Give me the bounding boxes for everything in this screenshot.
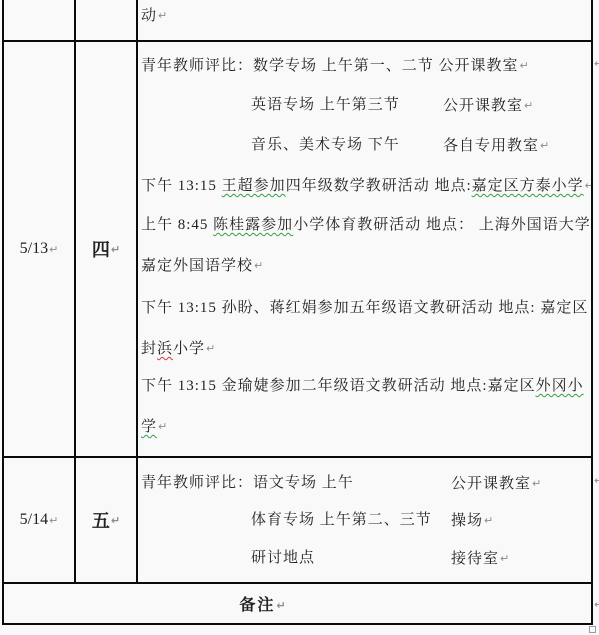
pilcrow-mark: ↵ [205,342,215,355]
pilcrow-mark: ↵ [275,599,285,612]
table-row-continuation: 动↵ [4,0,591,42]
note-label: 备注 [239,597,275,614]
table-row-513: 5/13↵ 四↵ 青年教师评比：数学专场 上午第一、二节 公开课教室↵英语专场 … [4,42,591,458]
pilcrow-mark: ↵ [48,514,58,527]
date-cell [4,0,76,40]
schedule-text-line: 体育专场 上午第二、三节 [251,512,432,529]
pilcrow-mark: ↵ [157,9,167,22]
schedule-text-line: 下午 13:15 王超参加四年级数学教研活动 地点:嘉定区方泰小学↵ [141,177,591,195]
day-cell: 四↵ [76,42,138,456]
pilcrow-mark: ↵ [523,99,533,112]
pilcrow-mark: ↵ [531,477,541,490]
schedule-text-line: 学↵ [141,418,167,436]
schedule-text-line: 下午 13:15 孙盼、蒋红娟参加五年级语文教研活动 地点: 嘉定区 [141,300,588,317]
row-end-mark: ↵ [594,598,599,611]
row-end-mark: ↵ [594,474,599,487]
pilcrow-mark: ↵ [48,243,58,256]
schedule-text-line: 封浜小学↵ [141,340,215,358]
note-cell: 备注↵ [4,584,591,623]
day-cell: 五↵ [76,458,138,582]
schedule-text-line: 各自专用教室↵ [443,137,549,155]
document-page: 动↵ 5/13↵ 四↵ 青年教师评比：数学专场 上午第一、二节 公开课教室↵英语… [0,0,599,635]
schedule-text-line: 公开课教室↵ [443,97,533,115]
schedule-text-line: 操场↵ [451,512,493,530]
note-row: 备注↵ [4,584,591,623]
pilcrow-mark: ↵ [253,259,263,272]
schedule-text-line: 音乐、美术专场 下午 [251,137,400,154]
day-cell [76,0,138,40]
pilcrow-mark: ↵ [539,139,549,152]
date-cell: 5/13↵ [4,42,76,456]
day-value: 五 [92,507,110,533]
schedule-text-line: 动↵ [141,7,167,25]
schedule-text-line: 青年教师评比：数学专场 上午第一、二节 公开课教室↵ [141,57,529,75]
date-value: 5/13 [20,240,48,258]
schedule-text-line: 公开课教室↵ [451,475,541,493]
date-cell: 5/14↵ [4,458,76,582]
row-end-mark: ↵ [594,57,599,70]
schedule-text-line: 研讨地点 [251,550,315,567]
activities-cell: 动↵ [138,0,591,40]
schedule-text-line: 接待室↵ [451,550,509,568]
activities-cell: 青年教师评比：数学专场 上午第一、二节 公开课教室↵英语专场 上午第三节公开课教… [138,42,591,456]
activities-cell: 青年教师评比：语文专场 上午公开课教室↵体育专场 上午第二、三节操场↵研讨地点接… [138,458,591,582]
schedule-text-line: 英语专场 上午第三节 [251,97,400,114]
date-value: 5/14 [20,511,48,529]
schedule-text-line: 青年教师评比：语文专场 上午 [141,475,354,492]
pilcrow-mark: ↵ [483,514,493,527]
table-row-514: 5/14↵ 五↵ 青年教师评比：语文专场 上午公开课教室↵体育专场 上午第二、三… [4,458,591,584]
table-resize-handle[interactable] [589,626,596,633]
pilcrow-mark: ↵ [499,552,509,565]
pilcrow-mark: ↵ [519,59,529,72]
pilcrow-mark: ↵ [110,514,120,527]
pilcrow-mark: ↵ [110,243,120,256]
schedule-text-line: 上午 8:45 陈桂露参加小学体育教研活动 地点： 上海外国语大学 [141,217,591,234]
schedule-table: 动↵ 5/13↵ 四↵ 青年教师评比：数学专场 上午第一、二节 公开课教室↵英语… [2,0,593,625]
pilcrow-mark: ↵ [584,179,591,192]
schedule-text-line: 嘉定外国语学校↵ [141,257,263,275]
day-value: 四 [92,236,110,262]
pilcrow-mark: ↵ [157,420,167,433]
schedule-text-line: 下午 13:15 金瑜婕参加二年级语文教研活动 地点:嘉定区外冈小 [141,378,584,395]
